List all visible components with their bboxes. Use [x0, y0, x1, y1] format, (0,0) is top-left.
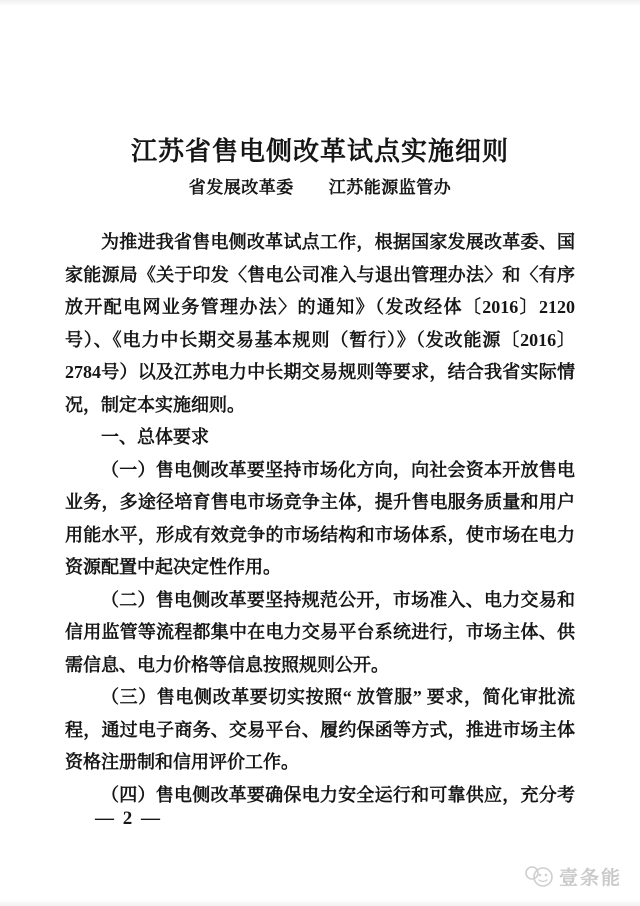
text-line: 业务，多途径培育售电市场竞争主体，提升售电服务质量和用户: [65, 486, 575, 519]
text-line: 信用监管等流程都集中在电力交易平台系统进行，市场主体、供: [65, 616, 575, 649]
text-line: （三）售电侧改革要切实按照“ 放管服” 要求，简化审批流: [65, 681, 575, 714]
text-line: 号）、《电力中长期交易基本规则（暂行）》（发改能源〔2016〕: [65, 324, 575, 357]
paragraph: （一）售电侧改革要坚持市场化方向，向社会资本开放售电 业务，多途径培育售电市场竞…: [65, 454, 575, 584]
paragraph: （四）售电侧改革要确保电力安全运行和可靠供应，充分考: [65, 779, 575, 812]
text-line: 况，制定本实施细则。: [65, 389, 575, 422]
paragraph: （二）售电侧改革要坚持规范公开，市场准入、电力交易和 信用监管等流程都集中在电力…: [65, 584, 575, 682]
section-heading: 一、总体要求: [65, 421, 575, 454]
paragraph: 为推进我省售电侧改革试点工作，根据国家发展改革委、国 家能源局《关于印发〈售电公…: [65, 226, 575, 421]
text-line: 放开配电网业务管理办法〉的通知》（发改经体〔2016〕2120: [65, 291, 575, 324]
text-line: 2784号）以及江苏电力中长期交易规则等要求，结合我省实际情: [65, 356, 575, 389]
text-line: 为推进我省售电侧改革试点工作，根据国家发展改革委、国: [65, 226, 575, 259]
text-line: 资格注册制和信用评价工作。: [65, 746, 575, 779]
text-line: 用能水平，形成有效竞争的市场结构和市场体系，使市场在电力: [65, 519, 575, 552]
text-line: （一）售电侧改革要坚持市场化方向，向社会资本开放售电: [65, 454, 575, 487]
paragraph: （三）售电侧改革要切实按照“ 放管服” 要求，简化审批流 程，通过电子商务、交易…: [65, 681, 575, 779]
page-number: — 2 —: [95, 808, 162, 830]
document-page: 江苏省售电侧改革试点实施细则 省发展改革委 江苏能源监管办 为推进我省售电侧改革…: [0, 0, 640, 906]
document-title: 江苏省售电侧改革试点实施细则: [0, 131, 640, 168]
text-line: 一、总体要求: [65, 421, 575, 454]
text-line: （二）售电侧改革要坚持规范公开，市场准入、电力交易和: [65, 584, 575, 617]
document-subtitle: 省发展改革委 江苏能源监管办: [0, 173, 640, 198]
watermark-mascot-logo-icon: [523, 862, 555, 890]
watermark: 壹条能: [523, 862, 622, 890]
text-line: 家能源局《关于印发〈售电公司准入与退出管理办法〉和〈有序: [65, 259, 575, 292]
document-body: 为推进我省售电侧改革试点工作，根据国家发展改革委、国 家能源局《关于印发〈售电公…: [65, 226, 575, 811]
text-line: 程，通过电子商务、交易平台、履约保函等方式，推进市场主体: [65, 714, 575, 747]
text-line: 资源配置中起决定性作用。: [65, 551, 575, 584]
watermark-text: 壹条能: [559, 863, 622, 890]
text-line: （四）售电侧改革要确保电力安全运行和可靠供应，充分考: [65, 779, 575, 812]
text-line: 需信息、电力价格等信息按照规则公开。: [65, 649, 575, 682]
